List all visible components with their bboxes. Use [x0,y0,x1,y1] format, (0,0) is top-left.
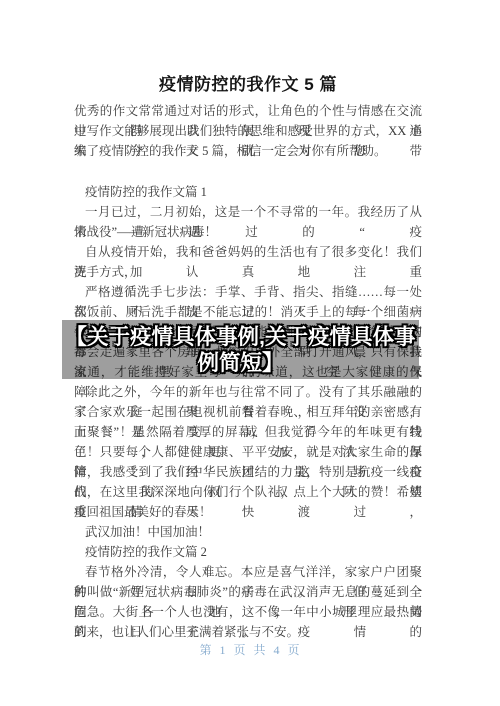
text-line: 疫情防控的我作文篇 1 [74,182,422,202]
footer-pagination: 第 1 页 共 4 页 [0,642,500,658]
text-line: 了！只要每个人都健健康康、平平安安，就是对大家生命的保障！经过这场疫 [74,442,422,462]
document-title: 疫情防控的我作文 5 篇 [74,0,422,94]
text-line: 来了疫情防控的我作文 5 篇，相信一定会对你有所帮助。 [74,141,422,161]
text-line: 上聚餐”！虽然隔着厚厚的屏幕，但我觉得今年的年味更有特色，更加浓厚 [74,422,422,442]
intro-paragraph: 优秀的作文常常通过对话的形式，让角色的个性与情感在交流中得以展现，通过写作文能够… [74,101,422,161]
text-line: 次饭前、厕后洗手都是不能忘记的！消灭手上的每一个细菌病毒是大家安全的 [74,302,422,322]
text-line: 危急。大街上一个人也没有，这不像一年中小城里理应最热闹的日子。疫情的 [74,602,422,622]
text-line: 情，我感受到了我们中华民族团结的力量，特别是抗疫一线奋战的叔叔阿姨 [74,462,422,482]
text-line: 一月已过，二月初始，这是一个不寻常的一年。我经历了从未遭遇过的“疫 [74,202,422,222]
text-line: 优秀的作文常常通过对话的形式，让角色的个性与情感在交流中得以展现，通 [74,101,422,121]
text-line: 严格遵循洗手七步法：手掌、手背、指尖、指缝……每一处都不放过！每一 [74,282,422,302]
text-line: 春节格外冷清，令人难忘。本应是喜气洋洋，家家户户团聚的好日子。但一 [74,562,422,582]
text-line: 除此之外，今年的新年也与往常不同了。没有了其乐融融的家庭聚餐，没有 [74,382,422,402]
watermark-text-line1: 【关于疫情具体事例,关于疫情具体事 [66,324,416,350]
text-line: 自从疫情开始，我和爸爸妈妈的生活也有了很多变化！我们更加认真地注重 [74,242,422,262]
watermark-text-line2: 例简短】 [197,350,283,376]
text-line: 过写作文能够展现出我们独特的思维和感受世界的方式，XX 小编今天就为您带 [74,121,422,141]
document-page: 疫情防控的我作文 5 篇 优秀的作文常常通过对话的形式，让角色的个性与情感在交流… [0,0,500,706]
text-line: 疫情防控的我作文篇 2 [74,542,422,562]
essay-body: 疫情防控的我作文篇 1一月已过，二月初始，这是一个不寻常的一年。我经历了从未遭遇… [74,182,422,642]
text-line: 了合家欢乐一起围在电视机前看着春晚、相互拜年的亲密感，而是变成了“线 [74,402,422,422]
text-line: 武汉加油！中国加油！ [74,522,422,542]
text-line: 们，在这里我深深地向你们行个队礼，点上个大大的赞！希望疫情尽快渡过， [74,482,422,502]
text-line: 种叫做“新型冠状病毒肺炎”的病毒在武汉消声无息的蔓延到全国各地，形势 [74,582,422,602]
watermark-overlay: 【关于疫情具体事例,关于疫情具体事 例简短】 [62,320,419,379]
